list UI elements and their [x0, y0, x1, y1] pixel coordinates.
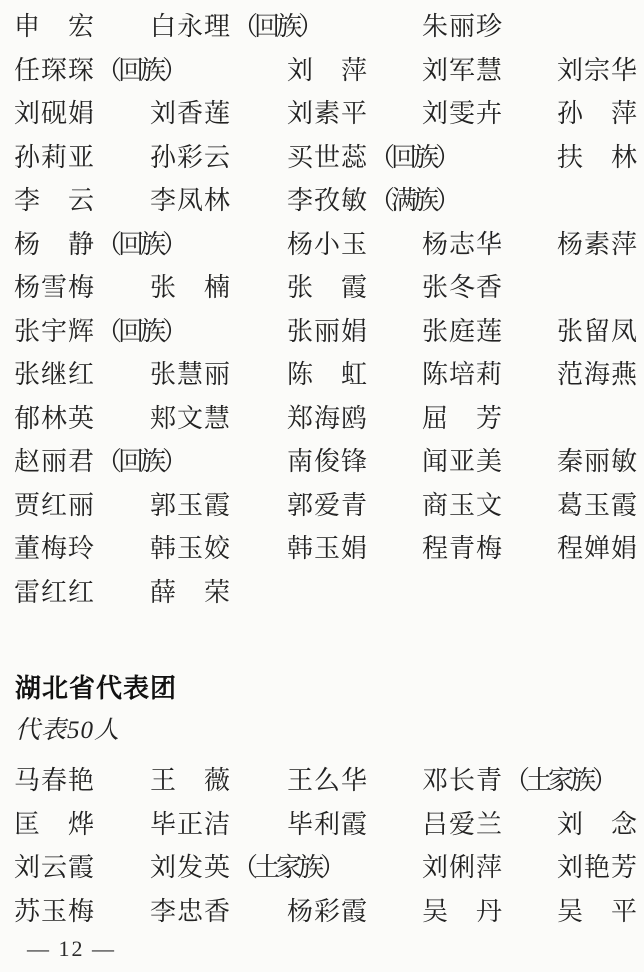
- delegate-entry: 杨 静（回族）: [14, 230, 184, 260]
- delegate-name: 刘雯卉: [422, 99, 503, 128]
- delegate-name: 杨素萍: [557, 230, 638, 259]
- delegate-entry: 刘俐萍: [422, 853, 503, 883]
- delegate-entry: 刘发英（土家族）: [150, 853, 342, 883]
- delegate-name: 刘艳芳: [557, 853, 638, 882]
- delegate-name: 王么华: [287, 766, 368, 795]
- delegate-row: 马春艳王 薇王么华邓长青（土家族）: [0, 760, 644, 804]
- delegate-name: 李忠香: [150, 897, 231, 926]
- delegate-entry: 刘云霞: [14, 853, 95, 883]
- delegate-name: 郁林英: [14, 404, 95, 433]
- delegate-name: 闻亚美: [422, 447, 503, 476]
- delegate-row: 赵丽君（回族）南俊锋闻亚美秦丽敏: [0, 441, 644, 485]
- delegate-name: 刘俐萍: [422, 853, 503, 882]
- delegate-entry: 毕利霞: [287, 810, 368, 840]
- delegate-entry: 孙莉亚: [14, 143, 95, 173]
- delegate-entry: 陈培莉: [422, 360, 503, 390]
- delegate-name: 匡 烨: [14, 810, 95, 839]
- delegate-name: 郑海鸥: [287, 404, 368, 433]
- delegate-entry: 郁林英: [14, 404, 95, 434]
- delegate-entry: 郭玉霞: [150, 491, 231, 521]
- delegate-name: 朱丽珍: [422, 12, 503, 41]
- delegate-entry: 扶 林: [557, 143, 638, 173]
- delegate-row: 孙莉亚孙彩云买世蕊（回族）扶 林: [0, 137, 644, 181]
- delegate-name: 杨小玉: [287, 230, 368, 259]
- delegate-name: 李凤林: [150, 186, 231, 215]
- delegate-name: 孙 萍: [557, 99, 638, 128]
- delegate-name: 吴 丹: [422, 897, 503, 926]
- delegate-entry: 薛 荣: [150, 578, 231, 608]
- delegate-entry: 张冬香: [422, 273, 503, 303]
- delegate-name: 刘 萍: [287, 56, 368, 85]
- delegate-name: 张慧丽: [150, 360, 231, 389]
- delegate-name: 贾红丽: [14, 491, 95, 520]
- delegate-name: 程青梅: [422, 534, 503, 563]
- delegate-name: 张继红: [14, 360, 95, 389]
- delegate-entry: 邓长青（土家族）: [422, 766, 614, 796]
- delegate-row: 张宇辉（回族）张丽娟张庭莲张留凤: [0, 311, 644, 355]
- delegate-entry: 李忠香: [150, 897, 231, 927]
- delegate-entry: 毕正洁: [150, 810, 231, 840]
- delegate-name: 刘军慧: [422, 56, 503, 85]
- delegate-entry: 任琛琛（回族）: [14, 56, 184, 86]
- delegate-entry: 张丽娟: [287, 317, 368, 347]
- delegate-name: 秦丽敏: [557, 447, 638, 476]
- delegate-name: 李孜敏: [287, 186, 368, 215]
- delegate-name: 郭爱青: [287, 491, 368, 520]
- delegate-entry: 匡 烨: [14, 810, 95, 840]
- delegate-entry: 张继红: [14, 360, 95, 390]
- delegate-entry: 李凤林: [150, 186, 231, 216]
- ethnic-label: （回族）: [369, 143, 457, 172]
- delegate-entry: 葛玉霞: [557, 491, 638, 521]
- delegate-name: 张冬香: [422, 273, 503, 302]
- delegate-name: 陈 虹: [287, 360, 368, 389]
- delegate-entry: 吴 丹: [422, 897, 503, 927]
- delegate-entry: 韩玉娟: [287, 534, 368, 564]
- delegate-row: 李 云李凤林李孜敏（满族）: [0, 180, 644, 224]
- delegate-entry: 孙 萍: [557, 99, 638, 129]
- delegate-entry: 刘军慧: [422, 56, 503, 86]
- delegate-name: 刘砚娟: [14, 99, 95, 128]
- delegate-name: 范海燕: [557, 360, 638, 389]
- delegate-entry: 张留凤: [557, 317, 638, 347]
- delegate-entry: 刘 萍: [287, 56, 368, 86]
- delegate-name: 雷红红: [14, 578, 95, 607]
- delegate-row: 杨雪梅张 楠张 霞张冬香: [0, 267, 644, 311]
- ethnic-label: （回族）: [96, 230, 184, 259]
- delegate-name: 李 云: [14, 186, 95, 215]
- delegate-entry: 张 楠: [150, 273, 231, 303]
- ethnic-label: （满族）: [369, 186, 457, 215]
- delegate-name: 邓长青: [422, 766, 503, 795]
- delegate-name: 孙彩云: [150, 143, 231, 172]
- delegate-name: 刘发英: [150, 853, 231, 882]
- delegate-name: 买世蕊: [287, 143, 368, 172]
- delegate-entry: 董梅玲: [14, 534, 95, 564]
- delegate-entry: 王么华: [287, 766, 368, 796]
- delegate-name: 杨雪梅: [14, 273, 95, 302]
- delegate-name-grid-hubei: 马春艳王 薇王么华邓长青（土家族）匡 烨毕正洁毕利霞吕爱兰刘 念刘云霞刘发英（土…: [0, 760, 644, 934]
- delegate-name: 张 楠: [150, 273, 231, 302]
- delegate-entry: 孙彩云: [150, 143, 231, 173]
- delegate-name: 杨 静: [14, 230, 95, 259]
- delegate-entry: 买世蕊（回族）: [287, 143, 457, 173]
- delegate-name: 王 薇: [150, 766, 231, 795]
- delegate-entry: 王 薇: [150, 766, 231, 796]
- delegate-name: 杨志华: [422, 230, 503, 259]
- delegate-entry: 雷红红: [14, 578, 95, 608]
- delegate-entry: 贾红丽: [14, 491, 95, 521]
- delegate-name: 刘宗华: [557, 56, 638, 85]
- delegate-entry: 李 云: [14, 186, 95, 216]
- delegate-name: 任琛琛: [14, 56, 95, 85]
- delegate-entry: 刘宗华: [557, 56, 638, 86]
- delegate-name: 董梅玲: [14, 534, 95, 563]
- delegate-entry: 吕爱兰: [422, 810, 503, 840]
- delegate-entry: 程青梅: [422, 534, 503, 564]
- delegate-entry: 张慧丽: [150, 360, 231, 390]
- delegate-row: 雷红红薛 荣: [0, 572, 644, 616]
- delegate-entry: 申 宏: [14, 12, 95, 42]
- delegate-row: 刘砚娟刘香莲刘素平刘雯卉孙 萍: [0, 93, 644, 137]
- delegate-entry: 范海燕: [557, 360, 638, 390]
- delegate-name: 孙莉亚: [14, 143, 95, 172]
- delegate-entry: 吴 平: [557, 897, 638, 927]
- delegate-name: 刘 念: [557, 810, 638, 839]
- delegate-entry: 郏文慧: [150, 404, 231, 434]
- delegate-name: 吕爱兰: [422, 810, 503, 839]
- delegate-entry: 杨彩霞: [287, 897, 368, 927]
- delegate-name: 韩玉娟: [287, 534, 368, 563]
- delegate-entry: 南俊锋: [287, 447, 368, 477]
- section-title-hubei: 湖北省代表团: [15, 668, 177, 705]
- delegate-row: 郁林英郏文慧郑海鸥屈 芳: [0, 398, 644, 442]
- delegate-entry: 杨素萍: [557, 230, 638, 260]
- delegate-entry: 杨小玉: [287, 230, 368, 260]
- delegate-name: 刘素平: [287, 99, 368, 128]
- delegate-entry: 韩玉姣: [150, 534, 231, 564]
- delegate-entry: 郭爱青: [287, 491, 368, 521]
- ethnic-label: （回族）: [96, 317, 184, 346]
- delegate-name: 张 霞: [287, 273, 368, 302]
- ethnic-label: （土家族）: [504, 766, 614, 795]
- delegate-entry: 白永理（回族）: [150, 12, 320, 42]
- delegate-row: 杨 静（回族）杨小玉杨志华杨素萍: [0, 224, 644, 268]
- delegate-row: 贾红丽郭玉霞郭爱青商玉文葛玉霞: [0, 485, 644, 529]
- ethnic-label: （回族）: [96, 447, 184, 476]
- delegate-entry: 杨雪梅: [14, 273, 95, 303]
- delegate-name: 吴 平: [557, 897, 638, 926]
- delegate-entry: 刘雯卉: [422, 99, 503, 129]
- delegate-entry: 苏玉梅: [14, 897, 95, 927]
- delegate-name: 扶 林: [557, 143, 638, 172]
- delegate-name: 刘云霞: [14, 853, 95, 882]
- delegate-entry: 赵丽君（回族）: [14, 447, 184, 477]
- document-page: 申 宏白永理（回族）朱丽珍任琛琛（回族）刘 萍刘军慧刘宗华刘砚娟刘香莲刘素平刘雯…: [0, 0, 644, 972]
- page-number: — 12 —: [27, 936, 116, 962]
- delegate-name: 杨彩霞: [287, 897, 368, 926]
- delegate-name: 郏文慧: [150, 404, 231, 433]
- delegate-name: 张留凤: [557, 317, 638, 346]
- delegate-name: 毕正洁: [150, 810, 231, 839]
- delegate-row: 苏玉梅李忠香杨彩霞吴 丹吴 平: [0, 891, 644, 935]
- delegate-entry: 杨志华: [422, 230, 503, 260]
- delegate-name: 陈培莉: [422, 360, 503, 389]
- delegate-name: 薛 荣: [150, 578, 231, 607]
- delegate-entry: 刘素平: [287, 99, 368, 129]
- ethnic-label: （土家族）: [232, 853, 342, 882]
- delegate-entry: 秦丽敏: [557, 447, 638, 477]
- delegate-row: 董梅玲韩玉姣韩玉娟程青梅程婵娟: [0, 528, 644, 572]
- delegate-entry: 刘艳芳: [557, 853, 638, 883]
- delegate-entry: 马春艳: [14, 766, 95, 796]
- delegate-entry: 陈 虹: [287, 360, 368, 390]
- delegate-entry: 张庭莲: [422, 317, 503, 347]
- delegate-name: 申 宏: [14, 12, 95, 41]
- ethnic-label: （回族）: [96, 56, 184, 85]
- delegate-row: 刘云霞刘发英（土家族）刘俐萍刘艳芳: [0, 847, 644, 891]
- delegate-name: 苏玉梅: [14, 897, 95, 926]
- delegate-name: 张宇辉: [14, 317, 95, 346]
- delegate-name: 商玉文: [422, 491, 503, 520]
- delegate-row: 申 宏白永理（回族）朱丽珍: [0, 6, 644, 50]
- delegate-name: 程婵娟: [557, 534, 638, 563]
- delegate-entry: 闻亚美: [422, 447, 503, 477]
- delegate-name: 南俊锋: [287, 447, 368, 476]
- delegate-name-grid-continued: 申 宏白永理（回族）朱丽珍任琛琛（回族）刘 萍刘军慧刘宗华刘砚娟刘香莲刘素平刘雯…: [0, 6, 644, 615]
- delegate-row: 张继红张慧丽陈 虹陈培莉范海燕: [0, 354, 644, 398]
- delegate-name: 韩玉姣: [150, 534, 231, 563]
- delegate-entry: 朱丽珍: [422, 12, 503, 42]
- delegate-name: 屈 芳: [422, 404, 503, 433]
- delegate-name: 张丽娟: [287, 317, 368, 346]
- delegate-entry: 张宇辉（回族）: [14, 317, 184, 347]
- delegate-count-label: 代表50人: [15, 710, 120, 746]
- delegate-entry: 屈 芳: [422, 404, 503, 434]
- delegate-entry: 刘 念: [557, 810, 638, 840]
- delegate-name: 白永理: [150, 12, 231, 41]
- delegate-entry: 张 霞: [287, 273, 368, 303]
- delegate-name: 郭玉霞: [150, 491, 231, 520]
- delegate-name: 张庭莲: [422, 317, 503, 346]
- delegate-name: 葛玉霞: [557, 491, 638, 520]
- delegate-entry: 程婵娟: [557, 534, 638, 564]
- delegate-entry: 商玉文: [422, 491, 503, 521]
- delegate-entry: 李孜敏（满族）: [287, 186, 457, 216]
- delegate-name: 毕利霞: [287, 810, 368, 839]
- delegate-name: 赵丽君: [14, 447, 95, 476]
- delegate-entry: 刘香莲: [150, 99, 231, 129]
- delegate-name: 马春艳: [14, 766, 95, 795]
- delegate-name: 刘香莲: [150, 99, 231, 128]
- ethnic-label: （回族）: [232, 12, 320, 41]
- delegate-entry: 郑海鸥: [287, 404, 368, 434]
- delegate-row: 任琛琛（回族）刘 萍刘军慧刘宗华: [0, 50, 644, 94]
- delegate-entry: 刘砚娟: [14, 99, 95, 129]
- delegate-row: 匡 烨毕正洁毕利霞吕爱兰刘 念: [0, 804, 644, 848]
